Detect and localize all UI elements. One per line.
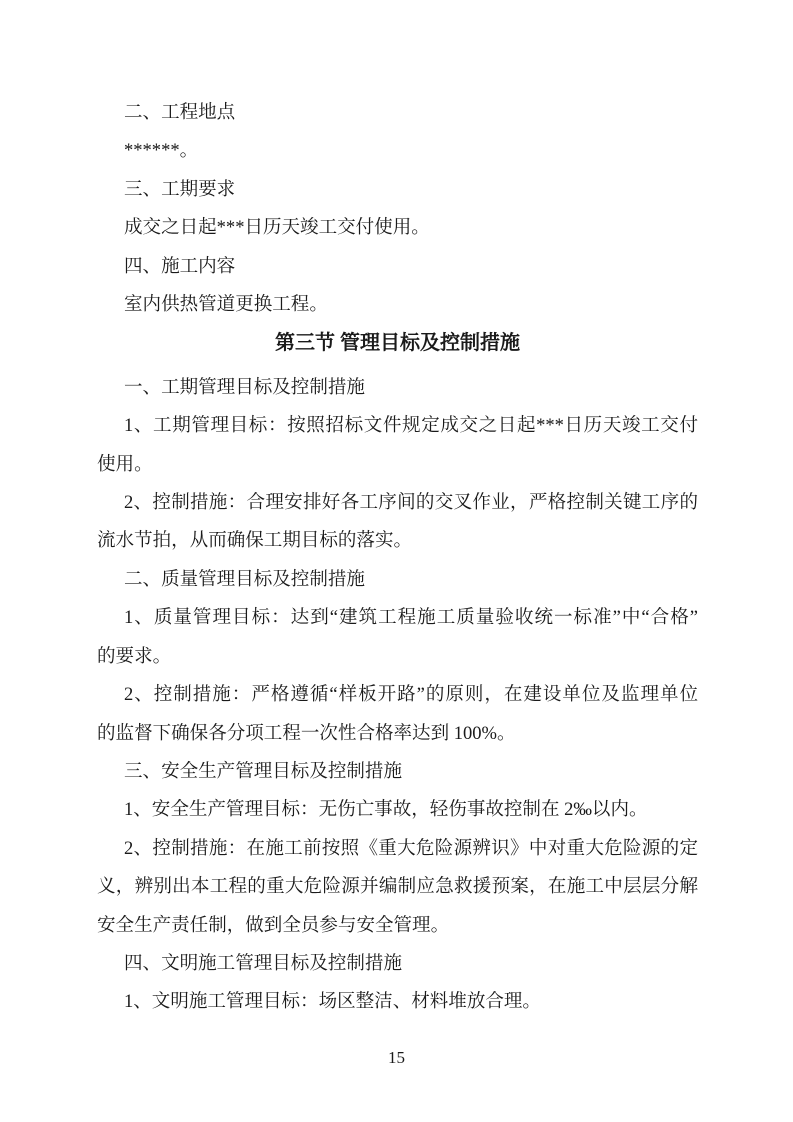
paragraph: 1、质量管理目标：达到“建筑工程施工质量验收统一标准”中“合格”的要求。 [97,599,698,676]
text-line: 使用。 [97,446,698,484]
paragraph: 四、文明施工管理目标及控制措施 [97,945,698,983]
paragraph: 1、工期管理目标：按照招标文件规定成交之日起***日历天竣工交付使用。 [97,407,698,484]
paragraph: 二、工程地点 [97,94,698,132]
text-line: 一、工期管理目标及控制措施 [97,369,698,407]
paragraph: 三、安全生产管理目标及控制措施 [97,753,698,791]
paragraph: ******。 [97,132,698,170]
paragraph: 2、控制措施：在施工前按照《重大危险源辨识》中对重大危险源的定义，辨别出本工程的… [97,830,698,945]
document-page: 二、工程地点******。三、工期要求成交之日起***日历天竣工交付使用。四、施… [0,0,793,1122]
text-line: ******。 [97,132,698,170]
text-line: 三、工期要求 [97,171,698,209]
text-line: 1、质量管理目标：达到“建筑工程施工质量验收统一标准”中“合格” [97,599,698,637]
text-line: 1、安全生产管理目标：无伤亡事故，轻伤事故控制在 2‰以内。 [97,791,698,829]
paragraph: 1、文明施工管理目标：场区整洁、材料堆放合理。 [97,983,698,1021]
text-line: 室内供热管道更换工程。 [97,286,698,324]
paragraph: 2、控制措施：合理安排好各工序间的交叉作业，严格控制关键工序的流水节拍，从而确保… [97,484,698,561]
text-line: 流水节拍，从而确保工期目标的落实。 [97,522,698,560]
text-line: 成交之日起***日历天竣工交付使用。 [97,209,698,247]
text-line: 1、工期管理目标：按照招标文件规定成交之日起***日历天竣工交付 [97,407,698,445]
text-line: 安全生产责任制，做到全员参与安全管理。 [97,907,698,945]
text-line: 2、控制措施：合理安排好各工序间的交叉作业，严格控制关键工序的 [97,484,698,522]
paragraph: 成交之日起***日历天竣工交付使用。 [97,209,698,247]
paragraph: 2、控制措施：严格遵循“样板开路”的原则，在建设单位及监理单位的监督下确保各分项… [97,676,698,753]
text-line: 四、文明施工管理目标及控制措施 [97,945,698,983]
section-heading: 第三节 管理目标及控制措施 [97,324,698,362]
document-body: 二、工程地点******。三、工期要求成交之日起***日历天竣工交付使用。四、施… [97,94,698,1022]
paragraph: 三、工期要求 [97,171,698,209]
paragraph: 二、质量管理目标及控制措施 [97,561,698,599]
paragraph: 1、安全生产管理目标：无伤亡事故，轻伤事故控制在 2‰以内。 [97,791,698,829]
paragraph: 四、施工内容 [97,248,698,286]
text-line: 的要求。 [97,638,698,676]
text-line: 2、控制措施：在施工前按照《重大危险源辨识》中对重大危险源的定 [97,830,698,868]
text-line: 2、控制措施：严格遵循“样板开路”的原则，在建设单位及监理单位 [97,676,698,714]
text-line: 二、工程地点 [97,94,698,132]
text-line: 三、安全生产管理目标及控制措施 [97,753,698,791]
text-line: 的监督下确保各分项工程一次性合格率达到 100%。 [97,715,698,753]
paragraph: 一、工期管理目标及控制措施 [97,369,698,407]
paragraph: 室内供热管道更换工程。 [97,286,698,324]
text-line: 第三节 管理目标及控制措施 [97,324,698,362]
page-number: 15 [0,1048,793,1068]
text-line: 二、质量管理目标及控制措施 [97,561,698,599]
text-line: 义，辨别出本工程的重大危险源并编制应急救援预案，在施工中层层分解 [97,868,698,906]
text-line: 1、文明施工管理目标：场区整洁、材料堆放合理。 [97,983,698,1021]
text-line: 四、施工内容 [97,248,698,286]
